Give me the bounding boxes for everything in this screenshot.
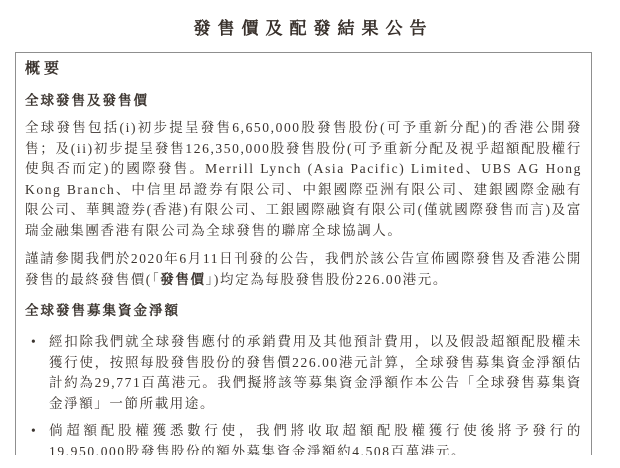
bullet-icon: • xyxy=(25,421,49,442)
bullet-text-net-proceeds-estimate: 經扣除我們就全球發售應付的承銷費用及其他預計費用，以及假設超額配股權未獲行使，按… xyxy=(49,332,582,414)
paragraph-offer-price-after: 」)均定為每股發售股份226.00港元。 xyxy=(206,272,448,287)
paragraph-offer-price: 謹請參閱我們於2020年6月11日刊發的公告，我們於該公告宣佈國際發售及香港公開… xyxy=(25,249,582,290)
offer-price-defined-term: 發售價 xyxy=(160,272,205,287)
bullet-item-net-proceeds-estimate: • 經扣除我們就全球發售應付的承銷費用及其他預計費用，以及假設超額配股權未獲行使… xyxy=(25,332,582,414)
paragraph-global-offering: 全球發售包括(i)初步提呈發售6,650,000股發售股份(可予重新分配)的香港… xyxy=(25,118,582,241)
bullet-text-over-allotment: 倘超額配股權獲悉數行使，我們將收取超額配股權獲行使後將予發行的19,950,00… xyxy=(49,421,582,455)
bullet-item-over-allotment: • 倘超額配股權獲悉數行使，我們將收取超額配股權獲行使後將予發行的19,950,… xyxy=(25,421,582,455)
page-title: 發售價及配發結果公告 xyxy=(0,0,620,39)
summary-box: 概要 全球發售及發售價 全球發售包括(i)初步提呈發售6,650,000股發售股… xyxy=(15,52,592,455)
summary-heading: 概要 xyxy=(25,59,582,79)
section-heading-global-offering-and-offer-price: 全球發售及發售價 xyxy=(25,92,582,109)
bullet-icon: • xyxy=(25,332,49,353)
section-heading-net-proceeds: 全球發售募集資金淨額 xyxy=(25,302,582,319)
